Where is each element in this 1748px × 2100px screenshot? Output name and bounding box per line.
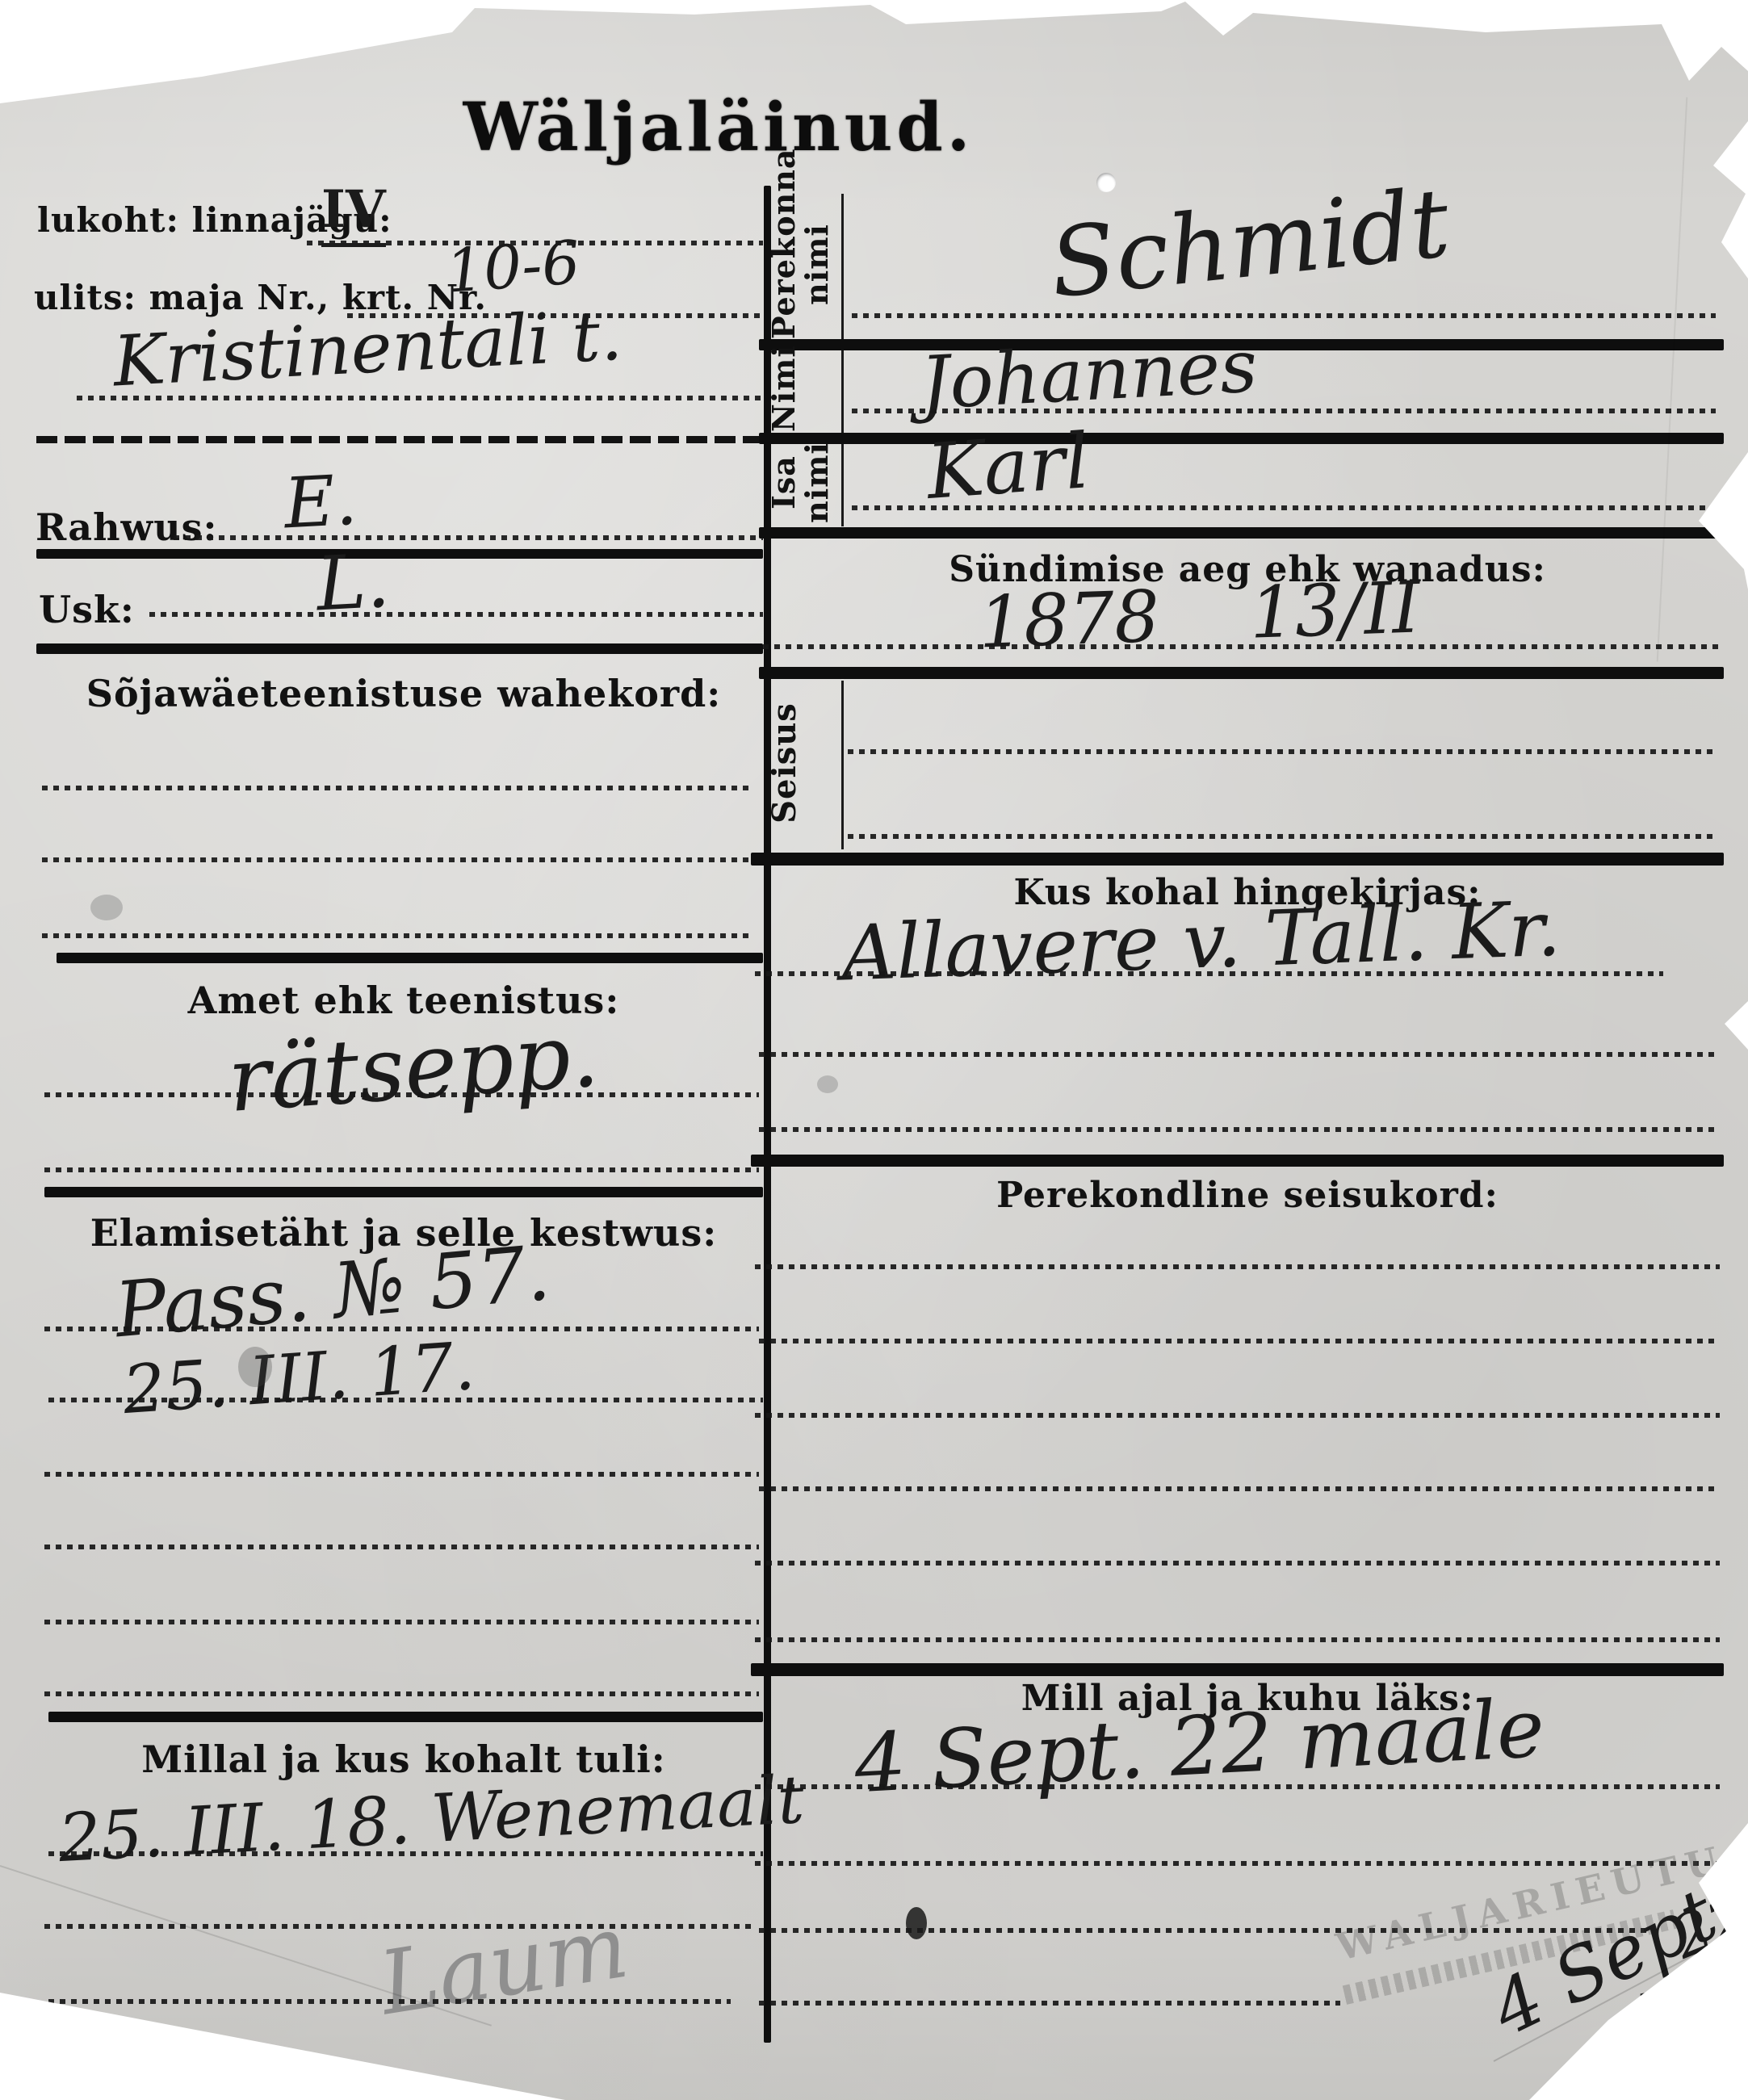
status-label: Seisus [767, 678, 840, 848]
dotted-rule [759, 1052, 1720, 1057]
dotted-rule [755, 1264, 1720, 1269]
dotted-rule [48, 1398, 763, 1402]
father-name-value: Karl [924, 417, 1092, 517]
dotted-rule [848, 834, 1716, 839]
dotted-rule [755, 1784, 1720, 1789]
dotted-rule [852, 409, 1716, 413]
dotted-rule [44, 1327, 759, 1331]
dotted-rule [44, 1691, 759, 1696]
row-rule [759, 433, 1724, 444]
dotted-rule [755, 1637, 1720, 1642]
punch-hole [1096, 173, 1116, 192]
dotted-rule [44, 1472, 759, 1477]
section-rule [44, 1187, 763, 1197]
paper-stain [817, 1075, 838, 1093]
paper-sheet: Wäljaläinud. lukoht: linnajägu: IV ulits… [0, 0, 1748, 2100]
dotted-rule [48, 1851, 763, 1856]
dotted-rule [763, 644, 1720, 649]
family-name-label: Perekonna nimi [767, 190, 844, 339]
row-rule [751, 1663, 1724, 1676]
nationality-value: E. [282, 460, 358, 545]
dotted-rule [852, 313, 1716, 318]
dotted-rule [44, 1924, 751, 1929]
dotted-rule [149, 612, 763, 617]
paper-stain [90, 895, 123, 920]
departure-note-suffix: br. [1633, 1973, 1712, 2046]
form-title: Wäljaläinud. [436, 89, 1001, 166]
dotted-rule [755, 1861, 1720, 1866]
ink-blot [906, 1907, 927, 1939]
dotted-rule [759, 1486, 1720, 1491]
scanned-document: Wäljaläinud. lukoht: linnajägu: IV ulits… [0, 0, 1748, 2100]
dotted-rule [44, 1620, 759, 1624]
nationality-label: Rahwus: [36, 505, 217, 549]
house-apartment-value: 10-6 [443, 228, 582, 306]
residence-district-value: IV [321, 179, 386, 247]
occupation-value: rätsepp. [224, 1003, 602, 1132]
section-rule [57, 953, 763, 963]
section-rule [36, 643, 763, 654]
birth-date-value: 1878 13/II [977, 565, 1421, 664]
row-rule [751, 1155, 1724, 1167]
section-rule [36, 549, 763, 559]
dotted-rule [48, 1999, 731, 2004]
pencil-signature: Laum [373, 1897, 635, 2035]
dotted-rule [759, 1339, 1720, 1343]
row-rule [751, 853, 1724, 866]
dotted-rule [44, 1092, 759, 1097]
first-name-label: Nimi [767, 346, 844, 432]
dotted-rule [174, 535, 763, 540]
father-name-label: Isa nimi [767, 440, 844, 525]
row-rule [759, 527, 1724, 539]
label-separator [841, 681, 844, 849]
dotted-rule [42, 857, 751, 862]
dotted-rule [755, 1561, 1720, 1566]
section-rule [48, 1712, 763, 1722]
torn-edge-rule [36, 436, 763, 443]
paper-stain [238, 1347, 272, 1387]
row-rule [759, 667, 1724, 679]
dotted-rule [42, 933, 751, 938]
dotted-rule [848, 749, 1716, 754]
religion-label: Usk: [39, 588, 135, 631]
military-service-header: Sõjawäeteenistuse wahekord: [48, 672, 759, 715]
dotted-rule [755, 1413, 1720, 1418]
family-status-header: Perekondline seisukord: [775, 1175, 1720, 1216]
dotted-rule [759, 1127, 1720, 1132]
religion-value: L. [314, 538, 392, 628]
dotted-rule [42, 786, 751, 790]
dotted-rule [44, 1545, 759, 1549]
dotted-rule [755, 971, 1663, 976]
dotted-rule [852, 505, 1716, 510]
dotted-rule [759, 2001, 1340, 2006]
dotted-rule [44, 1167, 759, 1172]
